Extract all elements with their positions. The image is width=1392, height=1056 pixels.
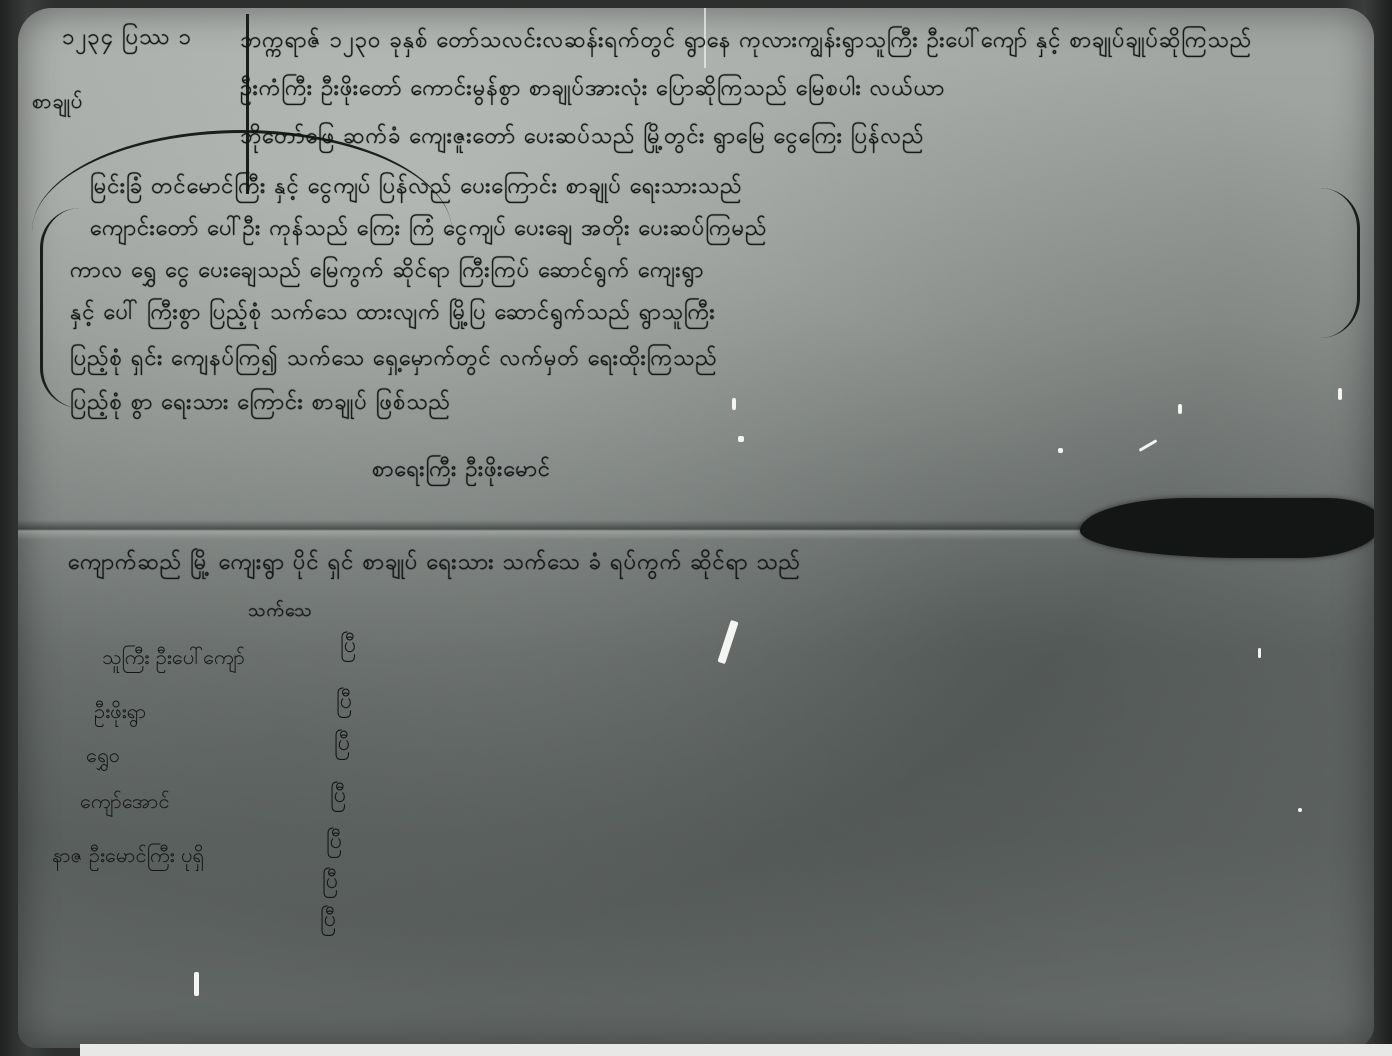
- witness-name-2: ဦးဖိုးရွာ: [94, 698, 146, 728]
- scribe-line: စာရေးကြီး ဦးဖိုးမောင်: [372, 454, 551, 487]
- text-line-7: နှင့် ပေါ် ကြီးစွာ ပြည့်စုံ သက်သေ ထားလျက…: [70, 298, 716, 328]
- text-line-9: ပြည့်စုံ စွာ ရေးသား ကြောင်း စာချုပ် ဖြစ်…: [70, 388, 451, 418]
- corner-note-line1: ၁၂၃၄ ပြဿ ၁: [62, 22, 192, 55]
- text-line-6: ကာလ ရွှေ ငွေ ပေးချေသည် မြေကွက် ဆိုင်ရာ က…: [70, 256, 704, 286]
- manuscript-sheet: ၁၂၃၄ ပြဿ ၁ စာချုပ် ဘက္ကရာဇ် ၁၂၃၀ ခုနှစ် …: [18, 8, 1374, 1048]
- witness-mark-2: ပြီ: [336, 686, 352, 719]
- witness-name-1: သူကြီး ဦးပေါ်ကျော်: [102, 644, 245, 674]
- witness-mark-5: ပြီ: [326, 826, 342, 859]
- text-line-1: ဘက္ကရာဇ် ၁၂၃၀ ခုနှစ် တော်သလင်းလဆန်းရက်တွ…: [240, 26, 1252, 56]
- extra-mark-2: ပြီ: [320, 904, 336, 937]
- text-line-3: ဘိုတော်ဖြေ ဆက်ခံ ကျေးဇူးတော် ပေးဆပ်သည် မ…: [240, 122, 924, 152]
- witness-mark-1: ပြီ: [340, 630, 356, 663]
- damage-speck: [1139, 439, 1158, 452]
- text-line-2: ဦးကံကြီး ဦးဖိုးတော် ကောင်းမွန်စွာ စာချုပ…: [240, 74, 945, 104]
- text-line-5: ကျောင်းတော် ပေါ်ဦး ကုန်သည် ကြေး ကြံ ငွေက…: [90, 214, 767, 244]
- text-line-8: ပြည့်စုံ ရှင်း ကျေနပ်ကြ၍ သက်သေ ရှေ့မှောက…: [70, 344, 718, 374]
- witness-name-4: ကျော်အောင်: [80, 788, 170, 818]
- lower-heading: ကျောက်ဆည် မြို့ ကျေးရွာ ပိုင် ရှင် စာချု…: [68, 548, 801, 578]
- damage-speck: [1058, 448, 1063, 453]
- damage-speck: [1178, 404, 1182, 414]
- damage-speck: [738, 436, 744, 442]
- witness-name-5: နာဇ ဦးမောင်ကြီး ပုရှိ: [52, 842, 204, 872]
- corner-note-line2: စာချုပ်: [32, 88, 83, 118]
- witness-mark-4: ပြီ: [330, 780, 346, 813]
- damage-speck: [194, 972, 199, 996]
- witness-name-3: ရွှေဝ: [86, 742, 120, 772]
- torn-area: [1080, 498, 1374, 558]
- damage-speck: [1258, 648, 1261, 658]
- right-bracket-stroke: [1317, 188, 1360, 338]
- damage-speck: [717, 620, 738, 664]
- damage-speck: [1298, 808, 1302, 812]
- extra-mark-1: ပြီ: [322, 866, 338, 899]
- damage-speck: [732, 398, 736, 410]
- bottom-edge-strip: [80, 1044, 1392, 1056]
- text-line-4: မြင်းခြံ တင်မောင်ကြီး နှင့် ငွေကျပ် ပြန်…: [90, 172, 742, 202]
- damage-speck: [1338, 388, 1342, 400]
- witnesses-label: သက်သေ: [248, 598, 313, 625]
- witness-mark-3: ပြီ: [334, 728, 350, 761]
